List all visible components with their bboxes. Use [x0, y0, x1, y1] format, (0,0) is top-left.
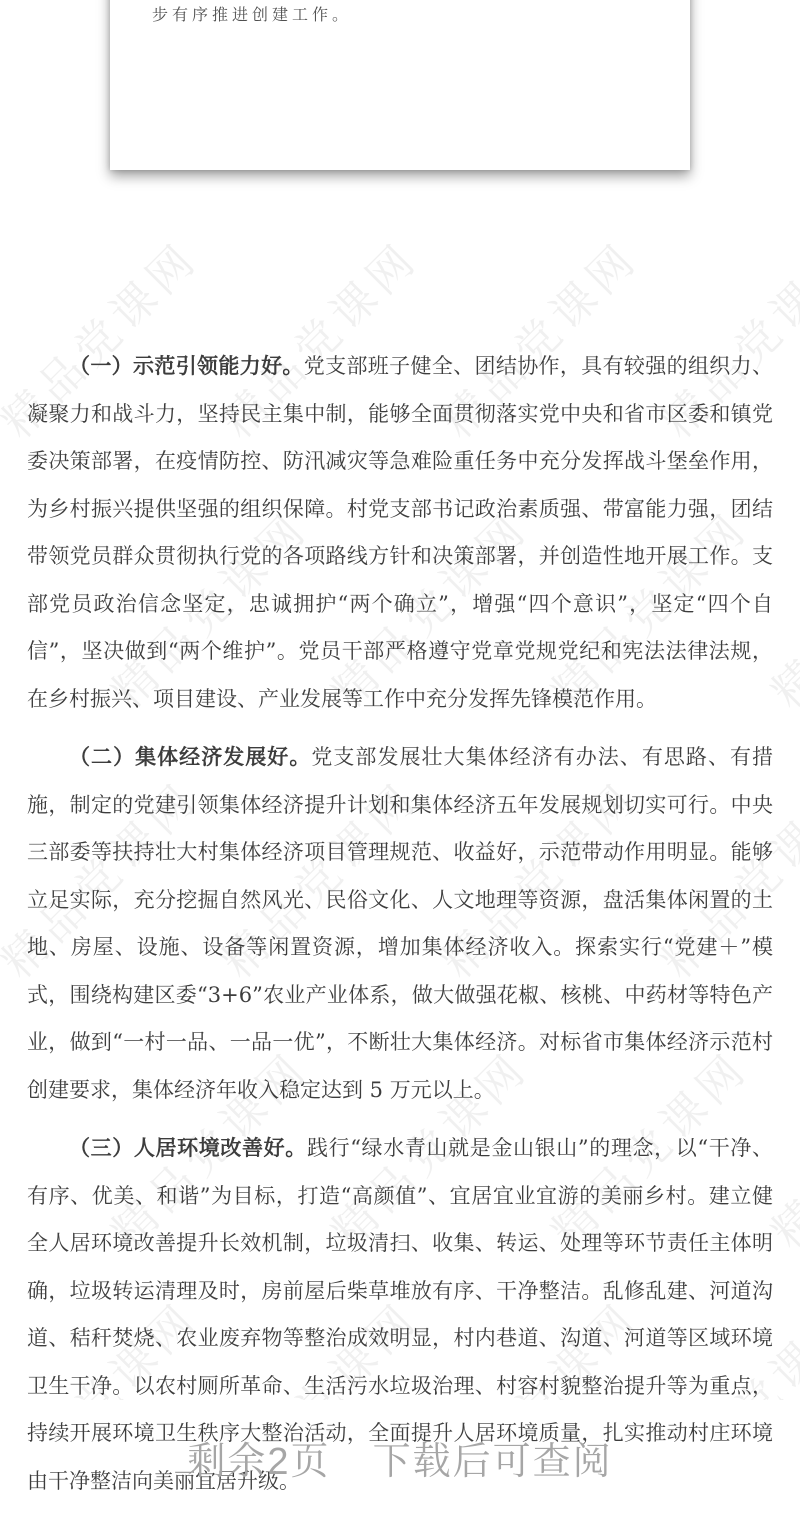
page1-preview-card: 步有序推进创建工作。 — [110, 0, 690, 170]
page1-tail-text: 步有序推进创建工作。 — [152, 2, 352, 25]
remaining-pages-label: 剩余2页 — [187, 1441, 330, 1483]
paragraph-2-heading: （二）集体经济发展好。 — [69, 744, 311, 769]
paragraph-demonstration-leading: （一）示范引领能力好。党支部班子健全、团结协作，具有较强的组织力、凝聚力和战斗力… — [27, 342, 773, 723]
paragraph-2-body: 党支部发展壮大集体经济有办法、有思路、有措施，制定的党建引领集体经济提升计划和集… — [27, 745, 773, 1102]
download-hint-label: 下载后可查阅 — [373, 1441, 613, 1483]
paragraph-1-body: 党支部班子健全、团结协作，具有较强的组织力、凝聚力和战斗力，坚持民主集中制，能够… — [27, 354, 773, 711]
paragraph-1-heading: （一）示范引领能力好。 — [69, 353, 304, 378]
preview-footer: 剩余2页下载后可查阅 — [0, 1430, 800, 1485]
page2-preview-content: （一）示范引领能力好。党支部班子健全、团结协作，具有较强的组织力、凝聚力和战斗力… — [27, 342, 773, 1515]
paragraph-collective-economy: （二）集体经济发展好。党支部发展壮大集体经济有办法、有思路、有措施，制定的党建引… — [27, 733, 773, 1114]
paragraph-3-heading: （三）人居环境改善好。 — [69, 1135, 307, 1160]
document-preview-page: { "document_preview": { "page1": { "tail… — [0, 0, 800, 1535]
